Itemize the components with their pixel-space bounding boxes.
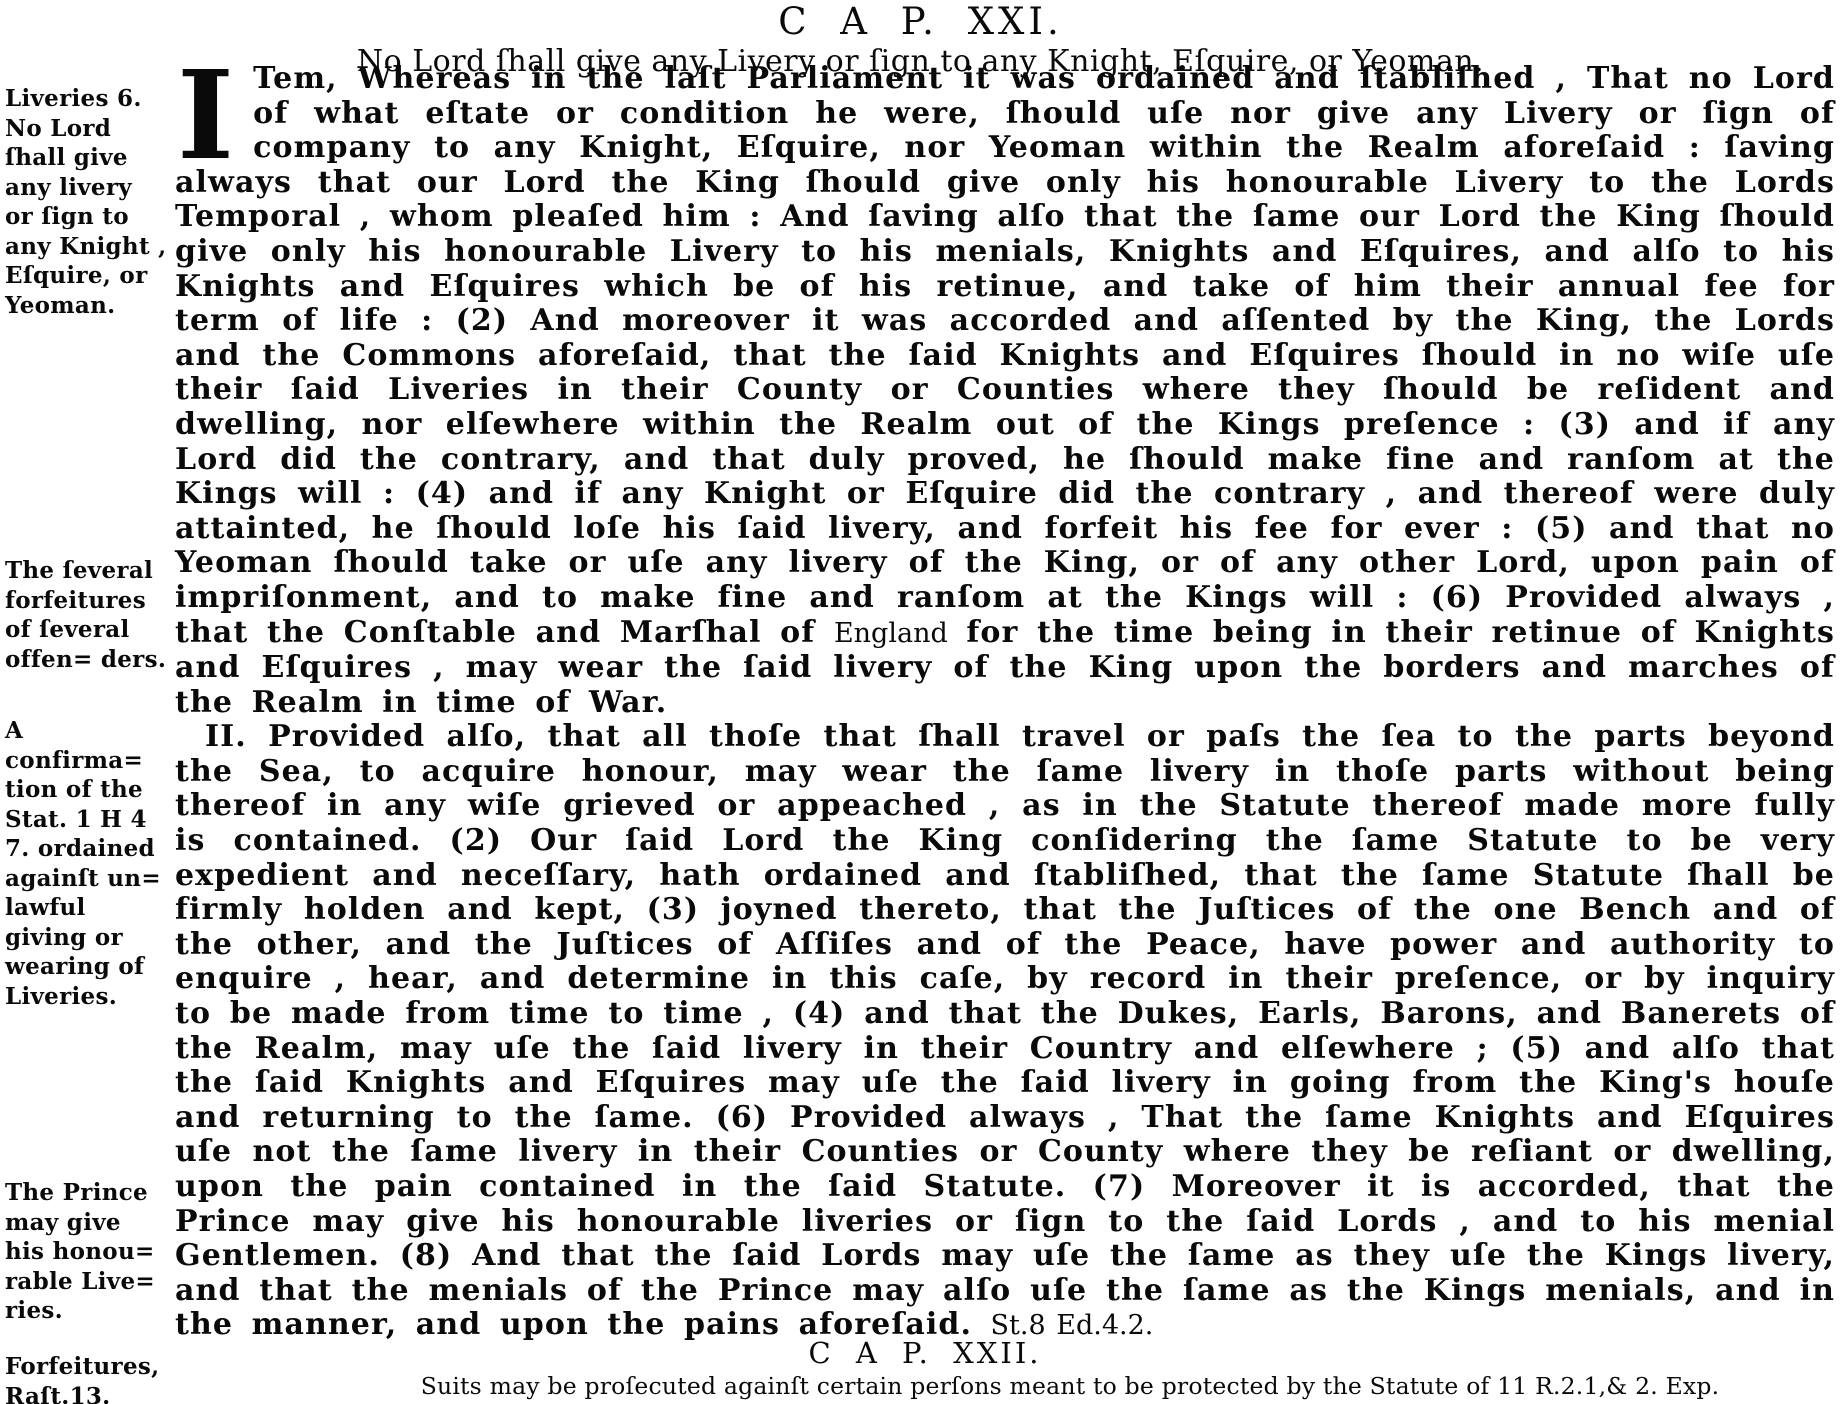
next-chapter-summary: Suits may be proſecuted againſt certain … xyxy=(360,1372,1780,1400)
margin-note-forfeitures: The ſeveral forfeitures of ſeveral offen… xyxy=(5,556,167,674)
chapter-heading: C A P. XXI. xyxy=(0,0,1841,43)
next-chapter-heading: C A P. XXII. xyxy=(175,1336,1675,1370)
roman-word-england: England xyxy=(834,618,948,649)
paragraph-2-text: II. Provided alſo, that all thoſe that ſ… xyxy=(175,719,1835,1342)
margin-note-prince: The Prince may give his honou= rable Liv… xyxy=(5,1178,167,1326)
statute-book-page: C A P. XXI. No Lord ſhall give any Liver… xyxy=(0,0,1841,1404)
statute-body: ITem, Whereas in the laſt Parliament it … xyxy=(175,62,1835,1344)
paragraph-1-text: Tem, Whereas in the laſt Parliament it w… xyxy=(175,61,1835,650)
margin-note-confirmation: A confirma= tion of the Stat. 1 H 4 7. o… xyxy=(5,716,167,1011)
statute-paragraph-2: II. Provided alſo, that all thoſe that ſ… xyxy=(175,720,1835,1344)
margin-note-liveries: Liveries 6. No Lord ſhall give any liver… xyxy=(5,84,167,320)
drop-cap: I xyxy=(175,62,253,162)
statute-paragraph-1: ITem, Whereas in the laſt Parliament it … xyxy=(175,62,1835,720)
margin-note-forfeitures-rast: Forfeitures, Raſt.13. xyxy=(5,1352,167,1404)
